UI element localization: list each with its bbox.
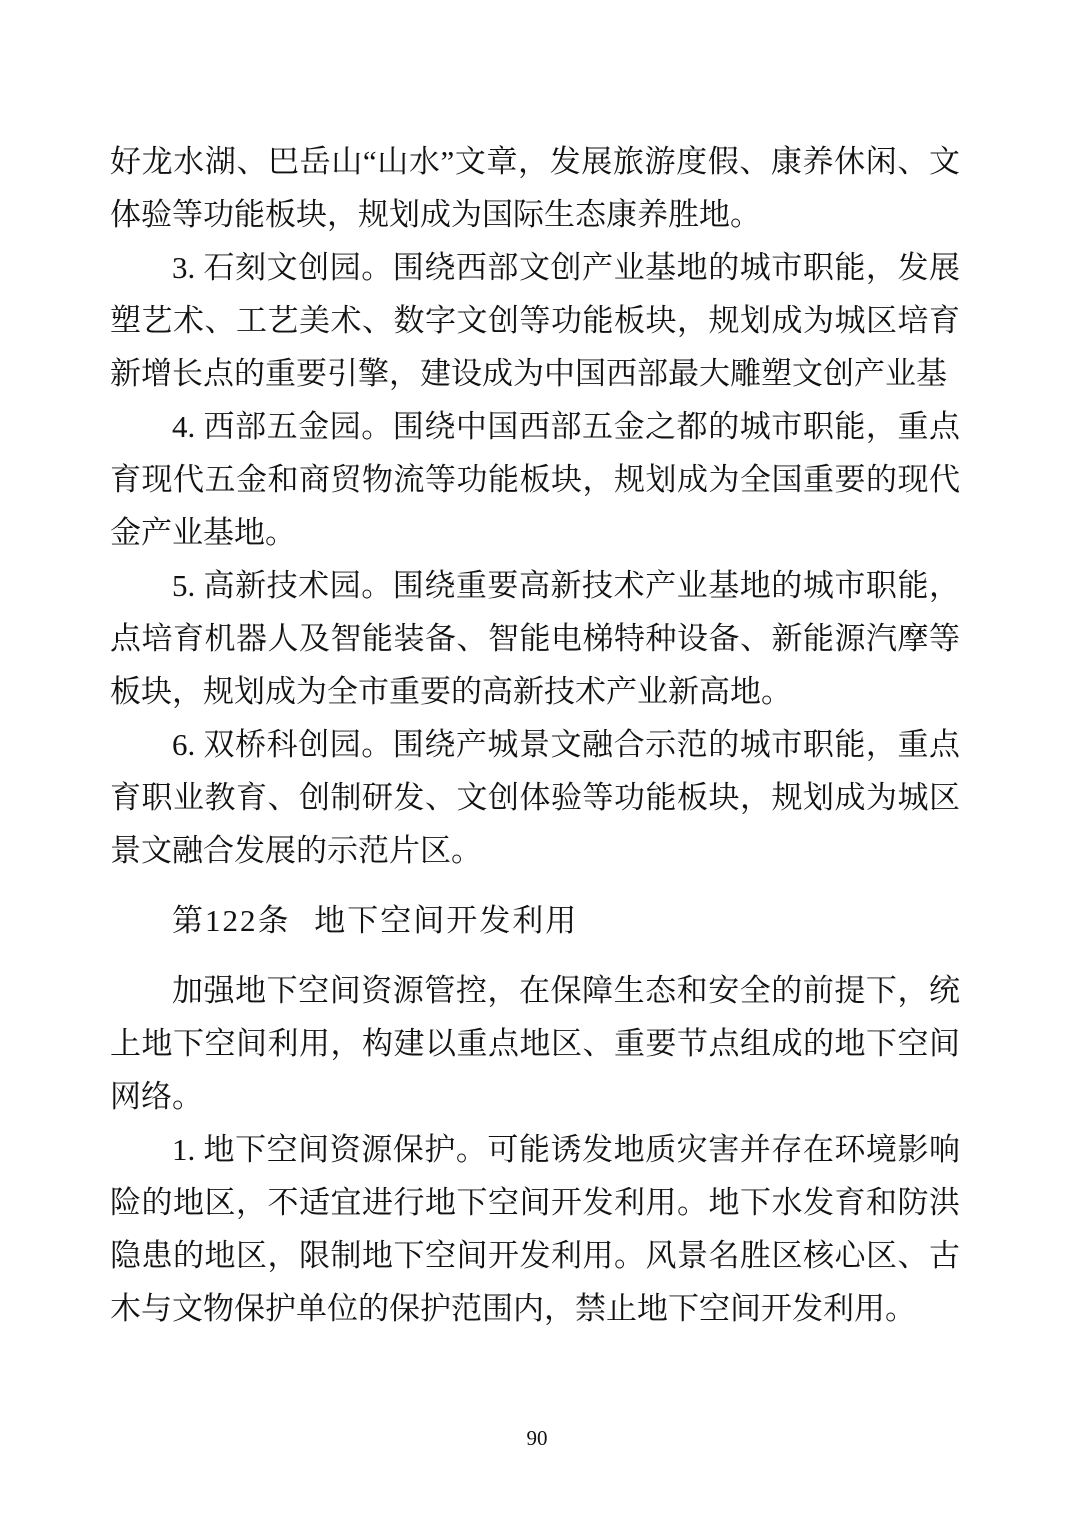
text-line: 新增长点的重要引擎，建设成为中国西部最大雕塑文创产业基地。 xyxy=(110,347,960,400)
paragraph-item-4: 4. 西部五金园。围绕中国西部五金之都的城市职能，重点培 育现代五金和商贸物流等… xyxy=(110,400,960,559)
article-number: 第122条 xyxy=(172,903,291,938)
article-title: 地下空间开发利用 xyxy=(314,903,578,938)
text-line: 5. 高新技术园。围绕重要高新技术产业基地的城市职能，重 xyxy=(110,559,960,612)
paragraph-item-5: 5. 高新技术园。围绕重要高新技术产业基地的城市职能，重 点培育机器人及智能装备… xyxy=(110,559,960,718)
article-heading: 第122条 地下空间开发利用 xyxy=(110,894,960,947)
text-line: 险的地区，不适宜进行地下空间开发利用。地下水发育和防洪安全 xyxy=(110,1176,960,1229)
text-line: 金产业基地。 xyxy=(110,506,960,559)
paragraph-item-6: 6. 双桥科创园。围绕产城景文融合示范的城市职能，重点培 育职业教育、创制研发、… xyxy=(110,718,960,877)
text-line: 加强地下空间资源管控，在保障生态和安全的前提下，统筹地 xyxy=(110,964,960,1017)
text-line: 景文融合发展的示范片区。 xyxy=(110,824,960,877)
text-line: 网络。 xyxy=(110,1070,960,1123)
text-line: 1. 地下空间资源保护。可能诱发地质灾害并存在环境影响风 xyxy=(110,1123,960,1176)
text-line: 隐患的地区，限制地下空间开发利用。风景名胜区核心区、古树名 xyxy=(110,1229,960,1282)
text-line: 育职业教育、创制研发、文创体验等功能板块，规划成为城区产城 xyxy=(110,771,960,824)
text-line: 点培育机器人及智能装备、智能电梯特种设备、新能源汽摩等功能 xyxy=(110,612,960,665)
document-page: 好龙水湖、巴岳山“山水”文章，发展旅游度假、康养休闲、文化 体验等功能板块，规划… xyxy=(0,0,1074,1520)
paragraph-continuation: 好龙水湖、巴岳山“山水”文章，发展旅游度假、康养休闲、文化 体验等功能板块，规划… xyxy=(110,135,960,241)
text-line: 3. 石刻文创园。围绕西部文创产业基地的城市职能，发展雕 xyxy=(110,241,960,294)
text-line: 上地下空间利用，构建以重点地区、重要节点组成的地下空间骨干 xyxy=(110,1017,960,1070)
text-line: 塑艺术、工艺美术、数字文创等功能板块，规划成为城区培育经济 xyxy=(110,294,960,347)
text-line: 育现代五金和商贸物流等功能板块，规划成为全国重要的现代五 xyxy=(110,453,960,506)
paragraph-item-1: 1. 地下空间资源保护。可能诱发地质灾害并存在环境影响风 险的地区，不适宜进行地… xyxy=(110,1123,960,1335)
text-line: 好龙水湖、巴岳山“山水”文章，发展旅游度假、康养休闲、文化 xyxy=(110,135,960,188)
document-body: 好龙水湖、巴岳山“山水”文章，发展旅游度假、康养休闲、文化 体验等功能板块，规划… xyxy=(110,135,960,1335)
paragraph-item-3: 3. 石刻文创园。围绕西部文创产业基地的城市职能，发展雕 塑艺术、工艺美术、数字… xyxy=(110,241,960,400)
text-line: 木与文物保护单位的保护范围内，禁止地下空间开发利用。 xyxy=(110,1282,960,1335)
text-line: 6. 双桥科创园。围绕产城景文融合示范的城市职能，重点培 xyxy=(110,718,960,771)
page-number: 90 xyxy=(0,1424,1074,1452)
paragraph-intro: 加强地下空间资源管控，在保障生态和安全的前提下，统筹地 上地下空间利用，构建以重… xyxy=(110,964,960,1123)
text-line: 板块，规划成为全市重要的高新技术产业新高地。 xyxy=(110,665,960,718)
text-line: 体验等功能板块，规划成为国际生态康养胜地。 xyxy=(110,188,960,241)
text-line: 4. 西部五金园。围绕中国西部五金之都的城市职能，重点培 xyxy=(110,400,960,453)
